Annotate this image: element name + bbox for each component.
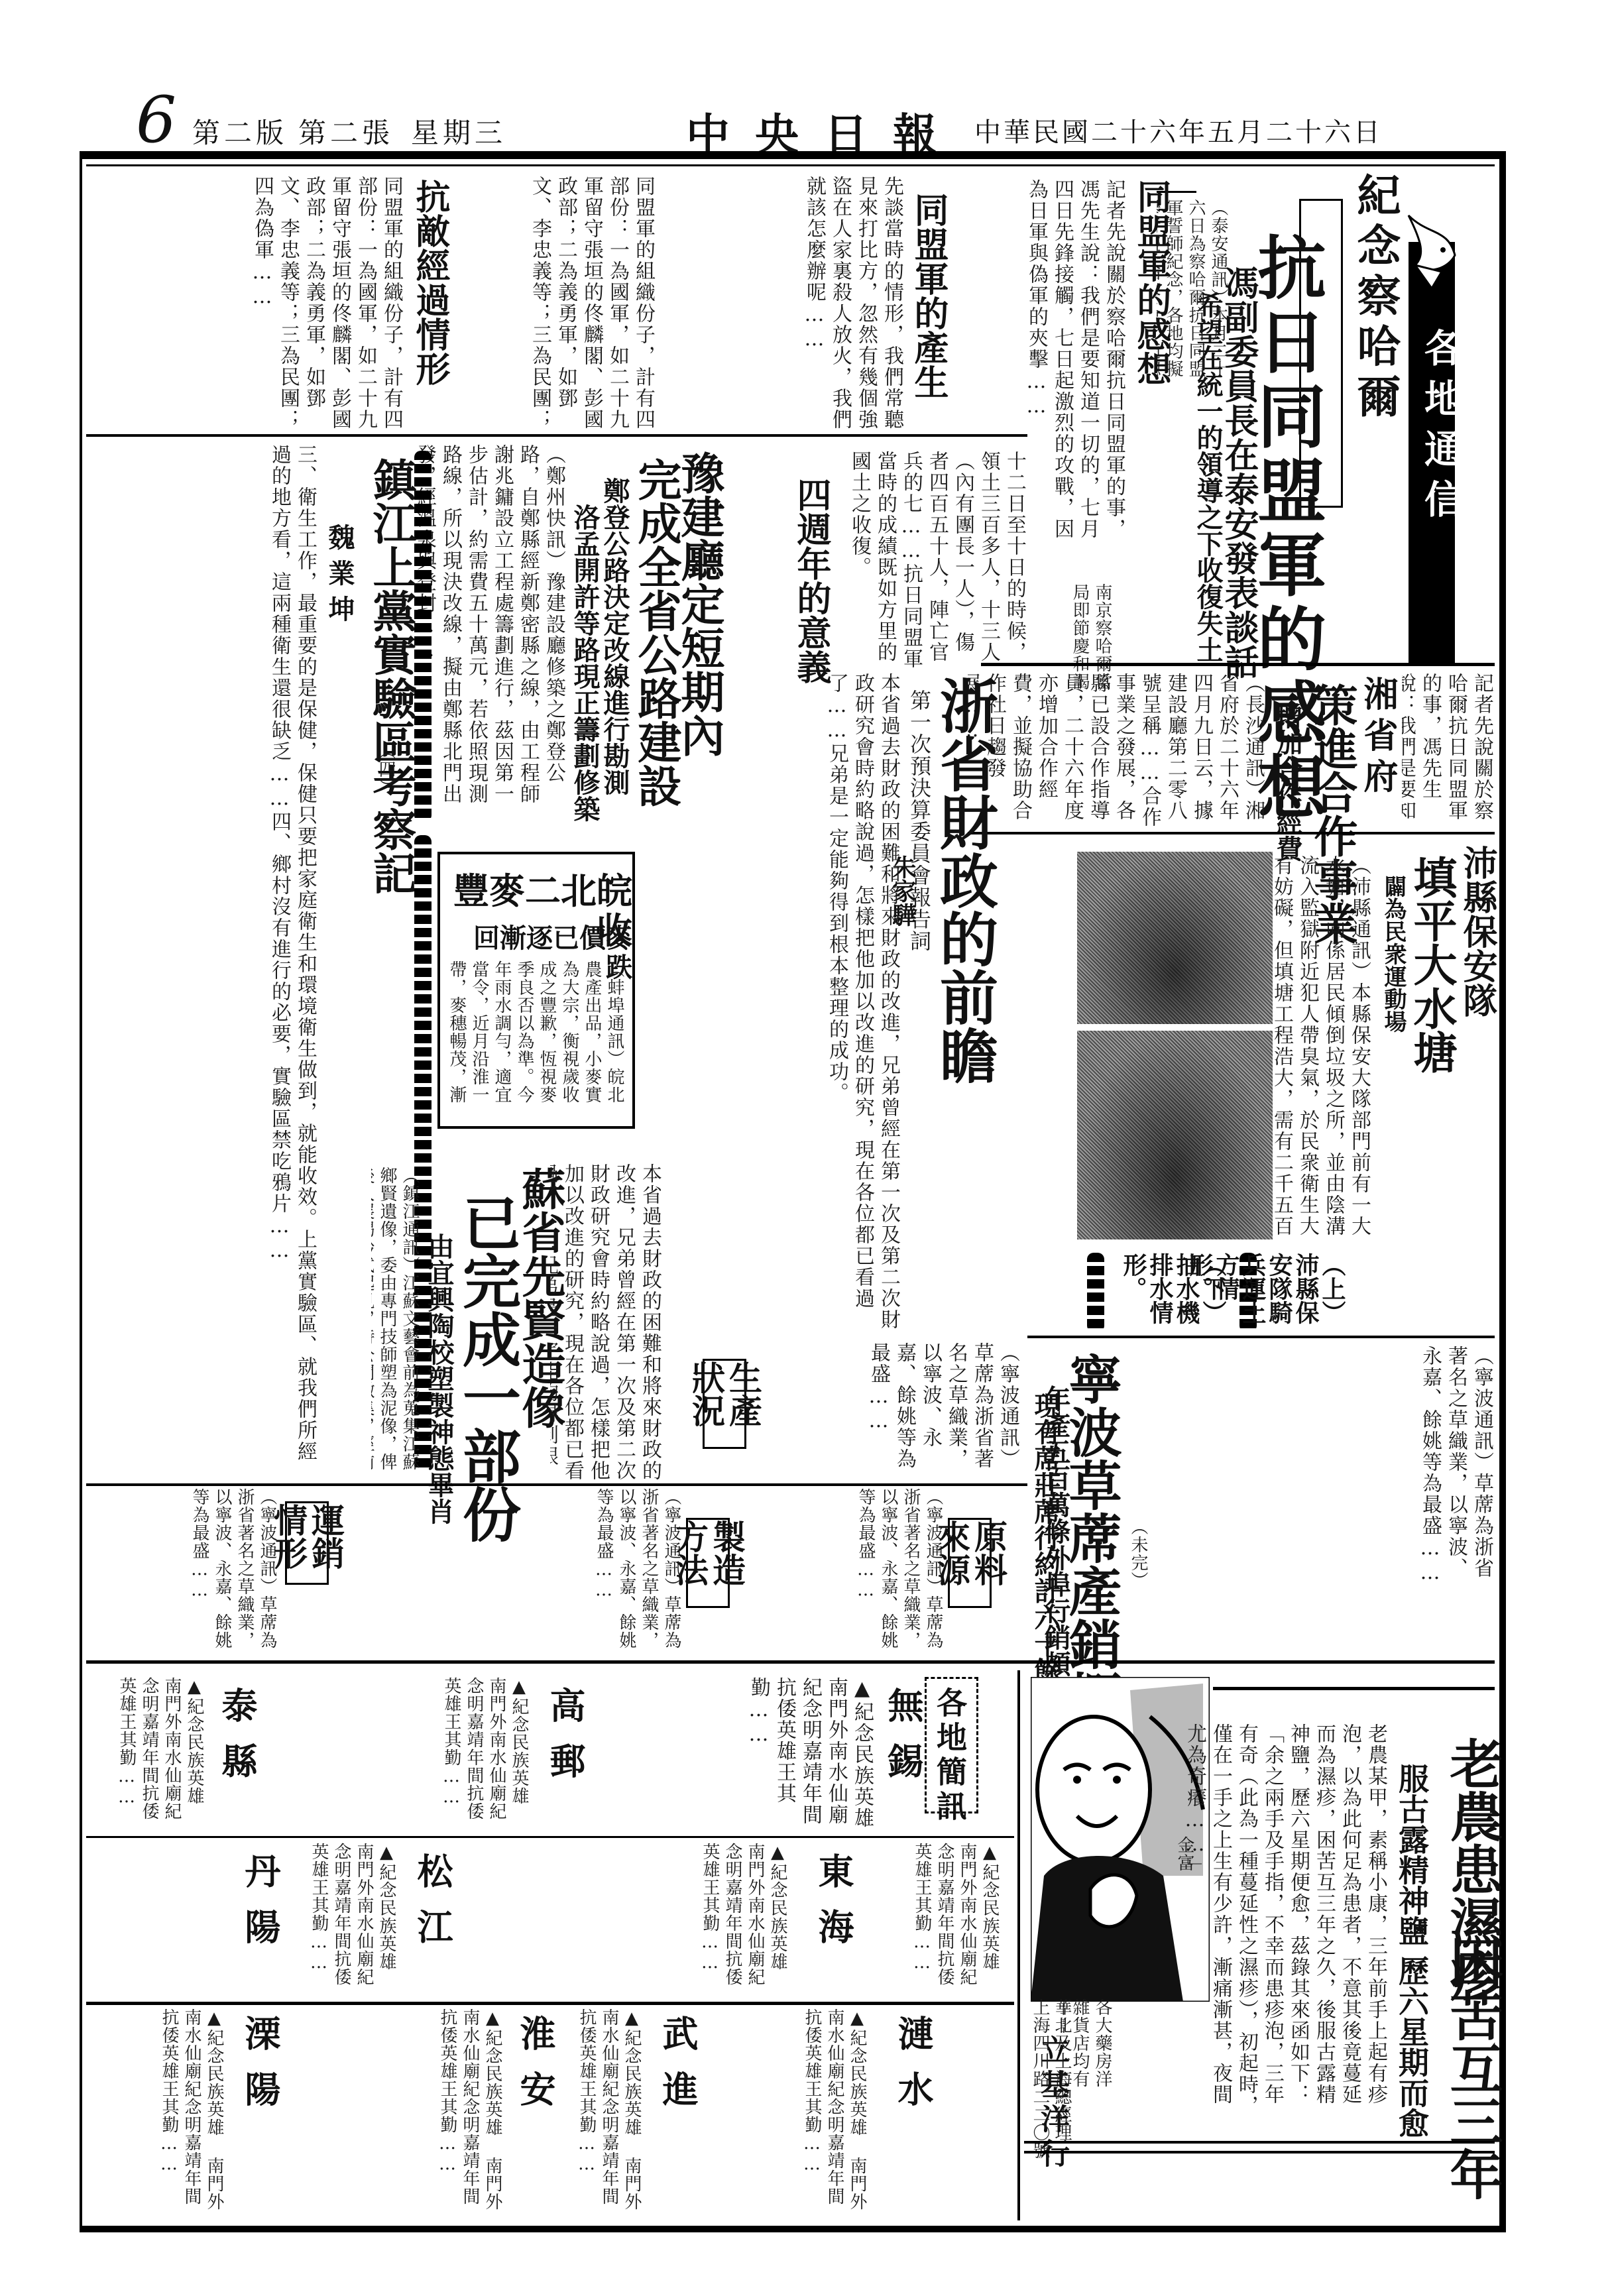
henan-subhead-1: 完成全省公路建設: [633, 457, 679, 807]
photo-pump-draining-water: [1077, 1031, 1273, 1239]
place-liyang: 溧陽: [235, 2015, 286, 2126]
pei-kicker: 沛縣保安隊: [1458, 845, 1495, 1017]
ningbo-production-text: [663, 1342, 699, 1485]
dove-with-letter-icon: [1402, 209, 1462, 302]
wuxi-text: ▲紀念民族英雄 南門外南水仙廟紀念明嘉靖年間抗倭英雄王其勤……: [703, 1677, 875, 1836]
taixian-text: ▲紀念民族英雄 南門外南水仙廟紀念明嘉靖年間抗倭英雄王其勤……: [86, 1677, 205, 1836]
hunan-text: （長沙通訊）湘省府於二十六年四月九日云，據建設廳第二零八號呈稱……合作事業之發展…: [968, 673, 1266, 829]
jiangsu-subhead-2: 由宜興陶校塑製神態畢肖: [424, 1233, 453, 1524]
place-donghai: 東海: [809, 1853, 860, 1964]
lead-continued-text-a: 同盟軍的組織份子，計有四部份：一為國軍，如二十九軍留守張垣的佟麟閣、彭國政部；二…: [530, 176, 656, 441]
edition-label: 第二版: [192, 111, 288, 151]
zhejiang-text: 本省過去財政的困難和將來財政的改進，兄弟曾經在第一次及第二次財政研究會時約略說過…: [666, 673, 901, 1336]
lead-kicker: 紀念察哈爾: [1352, 172, 1399, 424]
photo-caption-bottom: （下）抽水機排水情形。: [1120, 1253, 1226, 1332]
lower-briefs-text-b: ▲紀念民族英雄 南門外南水仙廟紀念明嘉靖年間抗倭英雄王其勤……: [544, 2008, 643, 2220]
henan-subhead-3: 洛孟開許等路現正籌劃修築: [570, 504, 599, 822]
pei-bottom-rule: [1027, 1336, 1495, 1338]
weekday-label: 星期三: [411, 111, 506, 151]
label-manufacturing: 製造方法: [686, 1518, 730, 1608]
ningbo-dateline: （寧波通訊）草蓆為浙省著名之草織業，以寧波、永嘉、餘姚等為最盛……: [749, 1342, 1021, 1485]
section-heading-1: 同盟軍的感想: [1132, 179, 1169, 386]
danyang-text: ▲紀念民族英雄 南門外南水仙廟紀念明嘉靖年間抗倭英雄王其勤……: [278, 1843, 398, 2002]
section-heading-2: 同盟軍的產生: [909, 192, 947, 399]
jiangsu-right-text: 本省過去財政的困難和將來財政的改進，兄弟曾經在第一次及第二次財政研究會時約略說過…: [550, 1163, 663, 1481]
place-gaoyou: 高郵: [540, 1687, 591, 1798]
ad-bottom-rule-2: [1024, 2151, 1495, 2153]
place-wuxi: 無錫: [878, 1687, 929, 1798]
zhenjiang-text: 三、衛生工作，最重要的是保健，保健只要把家庭衛生和環境衛生做到，就能收效。上黨實…: [86, 444, 318, 1478]
gaoyou-text: ▲紀念民族英雄 南門外南水仙廟紀念明嘉靖年間抗倭英雄王其勤……: [384, 1677, 530, 1836]
place-taixian: 泰縣: [212, 1687, 263, 1798]
row-divider-ningbo: [86, 1660, 1495, 1664]
place-wujin: 武進: [653, 2015, 704, 2126]
column-banner: 各地通信: [1409, 242, 1455, 666]
top-heavy-rule: [80, 151, 1505, 159]
ningbo-text: （寧波通訊）草蓆為浙省著名之草織業，以寧波、永嘉、餘姚等為最盛……: [1127, 1346, 1495, 1591]
left-frame-rule: [80, 151, 82, 2232]
label-raw-materials: 原料來源: [948, 1518, 992, 1608]
ningbo-unfinished: （未完）: [1127, 1518, 1149, 1589]
label-sales: 運銷情形: [285, 1501, 329, 1585]
brief-divider-2: [86, 2002, 1014, 2005]
section-heading-4: 抗敵經過情形: [411, 179, 448, 386]
lead-section-4-text-b: 先談當時的情形，我們常聽見來打比方，忽然有幾個強盜在人家裏殺人放火，我們就該怎麼…: [358, 176, 359, 176]
lead-section-4-text: 同盟軍的組織份子，計有四部份：一為國軍，如二十九軍留守張垣的佟麟閣、彭國政部；二…: [86, 176, 404, 431]
issue-date: 中華民國二十六年五月二十六日: [974, 111, 1383, 149]
ningbo-sales-text: （寧波通訊）草蓆為浙省著名之草織業，以寧波、永嘉、餘姚等為最盛……: [86, 1488, 278, 1660]
ad-subhead-2: 歷六星期而愈: [1395, 1955, 1428, 2138]
bottom-heavy-rule: [80, 2226, 1506, 2232]
top-thin-rule: [86, 164, 1495, 166]
section-heading-3: 四週年的意義: [792, 477, 829, 684]
wheat-news-box: 皖北二麥豐收 麥價已逐漸回跌 （蚌埠通訊）皖北農產出品，小麥實為大宗，衡視歲收成…: [437, 852, 635, 1129]
place-lianshui: 漣水: [888, 2015, 939, 2126]
place-songjiang: 松江: [408, 1853, 459, 1964]
donghai-text: ▲紀念民族英雄 南門外南水仙廟紀念明嘉靖年間抗倭英雄王其勤……: [855, 1843, 1001, 2002]
pei-headline: 填平大水塘: [1409, 855, 1455, 1074]
ningbo-manufacturing-text: （寧波通訊）草蓆為浙省著名之草織業，以寧波、永嘉、餘姚等為最盛……: [331, 1488, 683, 1660]
ad-bottom-rule-1: [1024, 2141, 1495, 2144]
lead-bottom-rule: [981, 663, 1495, 666]
ad-signature: 金富: [1173, 1836, 1196, 1872]
page-number: 6: [136, 83, 176, 157]
zhenjiang-author: 魏業坤: [325, 524, 354, 631]
lower-briefs-text-d: ▲紀念民族英雄 南門外南水仙廟紀念明嘉靖年間抗倭英雄王其勤……: [86, 2008, 225, 2220]
henan-headline: 豫建廳定短期內: [676, 451, 722, 757]
zhejiang-headline: 浙省財政的前瞻: [935, 676, 996, 1084]
hunan-subhead: 增加合作經費: [1273, 703, 1302, 862]
label-production-status: 生產狀況: [703, 1359, 746, 1449]
photo-cavalry-transporting-earth: [1077, 852, 1273, 1024]
ad-address: 上海四川路二二〇號: [1029, 1998, 1051, 2159]
hunan-bottom-rule: [968, 832, 1495, 834]
lead-section-2-text: 先談當時的情形，我們常聽見來打比方，忽然有幾個強盜在人家裏殺人放火，我們就該怎麼…: [663, 176, 905, 441]
ad-top-rule: [1213, 1687, 1495, 1690]
caption-ornament-left: [1087, 1253, 1104, 1332]
lower-briefs-text-c: ▲紀念民族英雄 南門外南水仙廟紀念明嘉靖年間抗倭英雄王其勤……: [285, 2008, 504, 2220]
zhenjiang-part: （四）: [374, 742, 397, 796]
ad-headline-2: 困苦互三年: [1442, 1935, 1503, 2201]
lead-continued-right: 記者先說關於察哈爾抗日同盟軍的事，馮先生說：我們是要知道一切的，七月四日先鋒接觸…: [1402, 673, 1495, 829]
brief-ad-divider: [1017, 1670, 1020, 2220]
brief-news-title: 各地簡訊: [931, 1687, 968, 1825]
jiangsu-text: （鎮江通訊）江蘇文藝會前為蒐集江蘇鄉賢遺像，委由專門技師塑為泥像，俾後人展謁矜式…: [371, 1167, 421, 1485]
pei-text: （沛縣通訊）本縣保安大隊部門前有一大水塘，向係居民傾倒垃圾之所，並由陰溝流入監獄…: [1273, 855, 1372, 1253]
lead-divider-row1: [86, 434, 1027, 437]
lead-section-3-text: 十二日至十日的時候，領土三百多人，十三人（內有團長一人），傷者四百五十人，陣亡官…: [835, 451, 1027, 669]
lower-briefs-text-a: ▲紀念民族英雄 南門外南水仙廟紀念明嘉靖年間抗倭英雄王其勤……: [703, 2008, 868, 2220]
column-banner-title: 各地通信: [1412, 328, 1468, 530]
wheat-text: （蚌埠通訊）皖北農產出品，小麥實為大宗，衡視歲收成之豐歉，恆視麥季良否以為準。今…: [447, 960, 626, 1116]
songjiang-text: ▲紀念民族英雄 南門外南水仙廟紀念明嘉靖年間抗倭英雄王其勤……: [457, 1843, 789, 2002]
pei-subhead: 闢為民衆運動場: [1379, 875, 1408, 1033]
hunan-kicker: 湘省府: [1359, 676, 1396, 799]
ad-body-text: 老農某甲，素稱小康，三年前手上起有疹泡，以為此何足為患者，不意其後竟蔓延而為濕疹…: [1150, 1723, 1389, 2121]
henan-subhead-2: 鄭登公路決定改線進行勘測: [600, 477, 629, 795]
sheet-label: 第二張: [298, 111, 394, 151]
brief-divider-1: [86, 1836, 1014, 1838]
zhenjiang-headline: 鎮江上黨實驗區考察記: [368, 457, 414, 895]
ningbo-raw-materials-text: （寧波通訊）草蓆為浙省著名之草織業，以寧波、永嘉、餘姚等為最盛……: [729, 1488, 945, 1660]
ad-subhead-1: 服古露精神鹽: [1395, 1763, 1428, 1946]
